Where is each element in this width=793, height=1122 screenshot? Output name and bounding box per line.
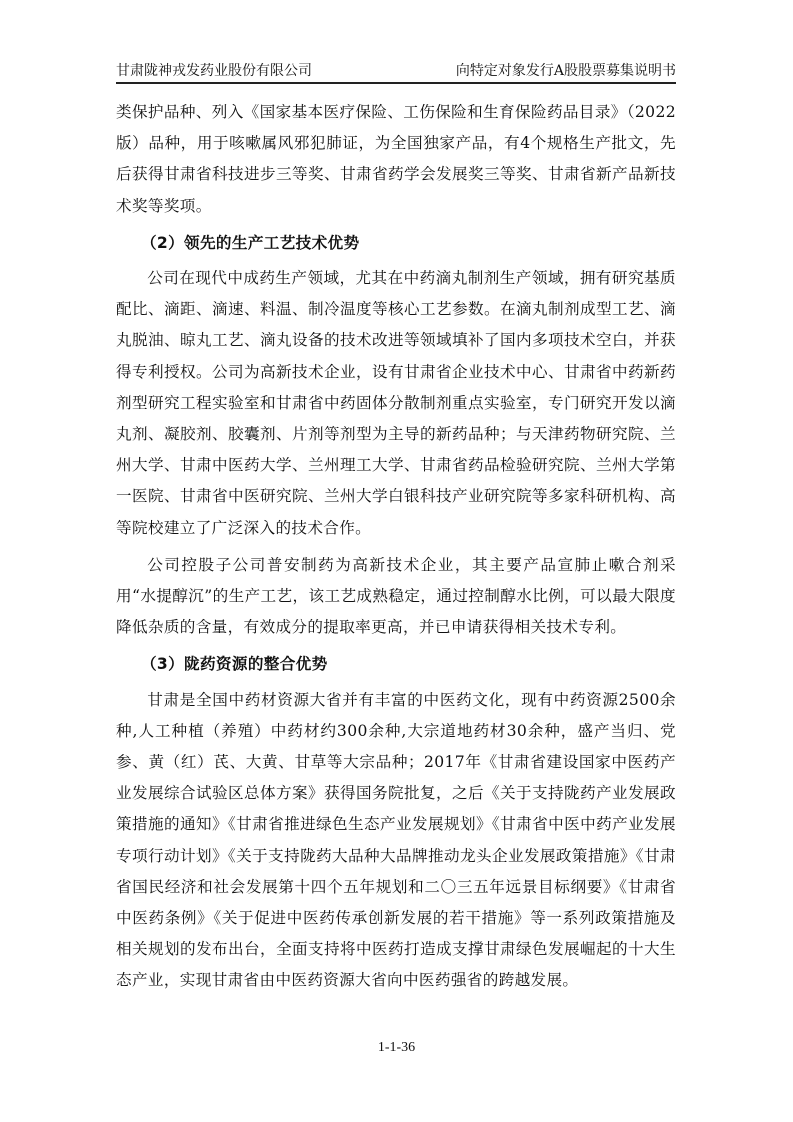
section-heading-3: （3）陇药资源的整合优势 <box>116 649 676 680</box>
paragraph-production-technology: 公司在现代中成药生产领域，尤其在中药滴丸制剂生产领域，拥有研究基质配比、滴距、滴… <box>116 263 676 544</box>
page-number: 1-1-36 <box>0 1040 793 1056</box>
section-heading-2: （2）领先的生产工艺技术优势 <box>116 228 676 259</box>
document-body: 类保护品种、列入《国家基本医疗保险、工伤保险和生育保险药品目录》（2022版）品… <box>116 97 676 997</box>
paragraph-intro-continuation: 类保护品种、列入《国家基本医疗保险、工伤保险和生育保险药品目录》（2022版）品… <box>116 97 676 222</box>
page-header: 甘肃陇神戎发药业股份有限公司 向特定对象发行A股股票募集说明书 <box>116 58 676 84</box>
paragraph-puan-pharma: 公司控股子公司普安制药为高新技术企业，其主要产品宣肺止嗽合剂采用“水提醇沉”的生… <box>116 550 676 644</box>
paragraph-resource-integration: 甘肃是全国中药材资源大省并有丰富的中医药文化，现有中药资源2500余种,人工种植… <box>116 685 676 997</box>
header-company-name: 甘肃陇神戎发药业股份有限公司 <box>116 62 312 80</box>
header-document-title: 向特定对象发行A股股票募集说明书 <box>456 62 676 80</box>
